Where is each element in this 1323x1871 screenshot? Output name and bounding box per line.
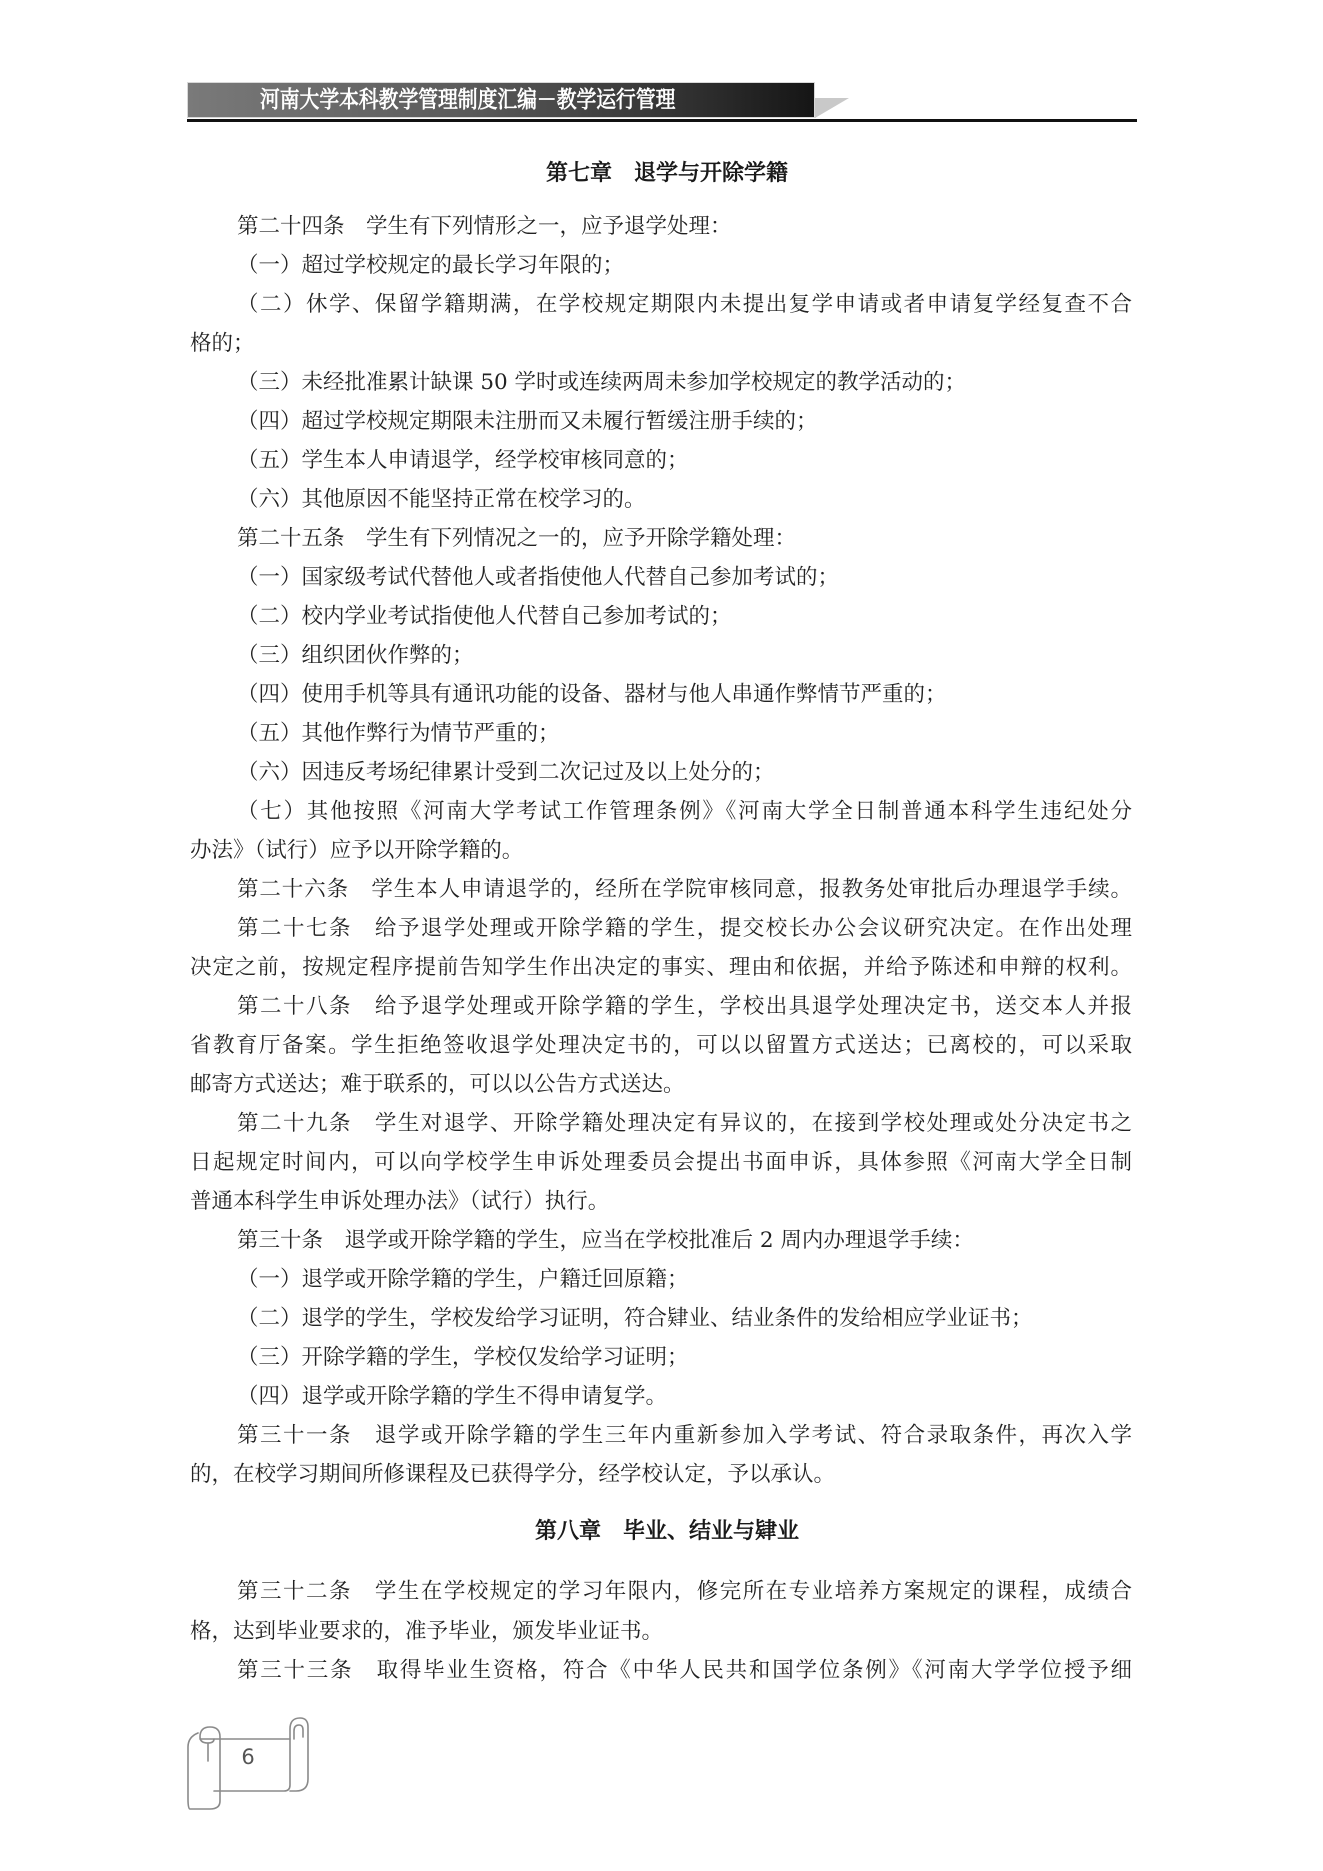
list-item: （六）因违反考场纪律累计受到二次记过及以上处分的； <box>237 758 1132 788</box>
article-29-continued: 普通本科学生申诉处理办法》（试行）执行。 <box>190 1187 1132 1217</box>
running-header-bar: 河南大学本科教学管理制度汇编－教学运行管理 <box>187 82 815 118</box>
list-item: （七）其他按照《河南大学考试工作管理条例》《河南大学全日制普通本科学生违纪处分 <box>237 797 1132 827</box>
running-header-title: 河南大学本科教学管理制度汇编－教学运行管理 <box>260 85 675 115</box>
article-27-line: 第二十七条 给予退学处理或开除学籍的学生，提交校长办公会议研究决定。在作出处理 <box>237 914 1132 944</box>
list-item: （五）学生本人申请退学，经学校审核同意的； <box>237 446 1132 476</box>
list-item: （六）其他原因不能坚持正常在校学习的。 <box>237 485 1132 515</box>
list-item: （三）组织团伙作弊的； <box>237 641 1132 671</box>
article-31-line: 第三十一条 退学或开除学籍的学生三年内重新参加入学考试、符合录取条件，再次入学 <box>237 1421 1132 1451</box>
article-28-line: 第二十八条 给予退学处理或开除学籍的学生，学校出具退学处理决定书，送交本人并报 <box>237 992 1132 1022</box>
article-29-line: 第二十九条 学生对退学、开除学籍处理决定有异议的，在接到学校处理或处分决定书之 <box>237 1109 1132 1139</box>
list-item: （三）开除学籍的学生，学校仅发给学习证明； <box>237 1343 1132 1373</box>
header-tab-shadow <box>815 96 851 120</box>
list-item-continued: 格的； <box>190 329 1132 359</box>
article-33-line: 第三十三条 取得毕业生资格，符合《中华人民共和国学位条例》《河南大学学位授予细 <box>237 1656 1132 1686</box>
list-item-continued: 办法》（试行）应予以开除学籍的。 <box>190 836 1132 866</box>
list-item: （三）未经批准累计缺课 50 学时或连续两周未参加学校规定的教学活动的； <box>237 368 1132 398</box>
article-27-continued: 决定之前，按规定程序提前告知学生作出决定的事实、理由和依据，并给予陈述和申辩的权… <box>190 953 1132 983</box>
list-item: （二）校内学业考试指使他人代替自己参加考试的； <box>237 602 1132 632</box>
header-rule <box>187 119 1137 122</box>
article-28-continued: 省教育厅备案。学生拒绝签收退学处理决定书的，可以以留置方式送达；已离校的，可以采… <box>190 1031 1132 1061</box>
list-item: （一）国家级考试代替他人或者指使他人代替自己参加考试的； <box>237 563 1132 593</box>
list-item: （一）退学或开除学籍的学生，户籍迁回原籍； <box>237 1265 1132 1295</box>
page-number: 6 <box>228 1744 268 1770</box>
list-item: （五）其他作弊行为情节严重的； <box>237 719 1132 749</box>
article-30-line: 第三十条 退学或开除学籍的学生，应当在学校批准后 2 周内办理退学手续： <box>237 1226 1132 1256</box>
list-item: （四）使用手机等具有通讯功能的设备、器材与他人串通作弊情节严重的； <box>237 680 1132 710</box>
list-item: （二）退学的学生，学校发给学习证明，符合肄业、结业条件的发给相应学业证书； <box>237 1304 1132 1334</box>
article-32-line: 第三十二条 学生在学校规定的学习年限内，修完所在专业培养方案规定的课程，成绩合 <box>237 1577 1132 1607</box>
article-31-continued: 的，在校学习期间所修课程及已获得学分，经学校认定，予以承认。 <box>190 1460 1132 1490</box>
list-item: （二）休学、保留学籍期满，在学校规定期限内未提出复学申请或者申请复学经复查不合 <box>237 290 1132 320</box>
article-25-line: 第二十五条 学生有下列情况之一的，应予开除学籍处理： <box>237 524 1132 554</box>
list-item: （一）超过学校规定的最长学习年限的； <box>237 251 1132 281</box>
article-29-continued: 日起规定时间内，可以向学校学生申诉处理委员会提出书面申诉，具体参照《河南大学全日… <box>190 1148 1132 1178</box>
article-24-line: 第二十四条 学生有下列情形之一，应予退学处理： <box>237 212 1132 242</box>
list-item: （四）超过学校规定期限未注册而又未履行暂缓注册手续的； <box>237 407 1132 437</box>
article-28-continued: 邮寄方式送达；难于联系的，可以以公告方式送达。 <box>190 1070 1132 1100</box>
list-item: （四）退学或开除学籍的学生不得申请复学。 <box>237 1382 1132 1412</box>
chapter-heading: 第八章 毕业、结业与肄业 <box>187 1517 1147 1547</box>
chapter-heading: 第七章 退学与开除学籍 <box>187 159 1147 189</box>
article-32-continued: 格，达到毕业要求的，准予毕业，颁发毕业证书。 <box>190 1617 1132 1647</box>
article-26-line: 第二十六条 学生本人申请退学的，经所在学院审核同意，报教务处审批后办理退学手续。 <box>237 875 1132 905</box>
